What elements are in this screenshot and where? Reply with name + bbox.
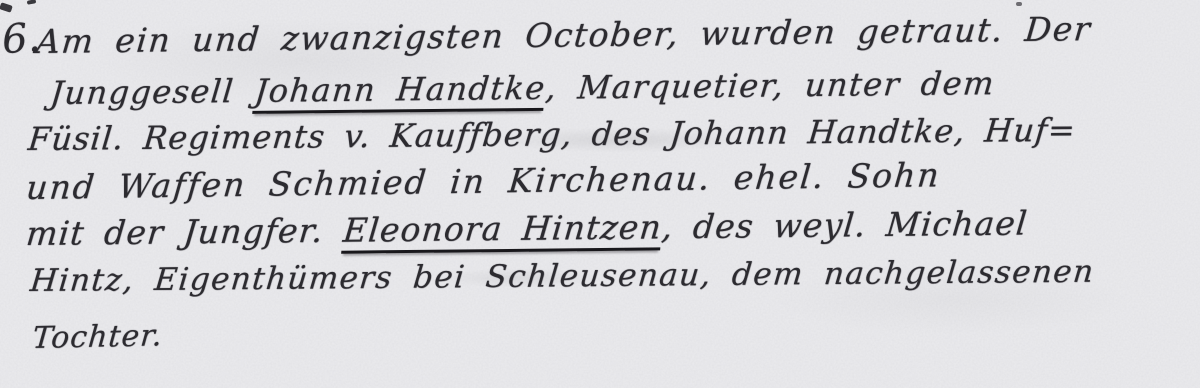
handwriting-line-3: Füsil. Regiments v. Kauffberg, des Johan… — [27, 113, 1078, 157]
ink-speck — [0, 2, 13, 12]
handwriting-line-7: Tochter. — [31, 319, 164, 355]
handwriting-line-1: Am ein und zwanzigsten October, wurden g… — [35, 11, 1093, 60]
line-text: und Waffen Schmied in Kirchenau. ehel. S… — [25, 155, 943, 207]
handwriting-line-6: Hintz, Eigenthümers bei Schleusenau, dem… — [29, 255, 1096, 298]
line-text: Am ein und zwanzigsten October, wurden g… — [35, 9, 1093, 61]
handwriting-line-2: Junggesell Johann Handtke, Marquetier, u… — [49, 66, 997, 111]
ink-speck — [27, 0, 37, 5]
line-text: Füsil. Regiments v. Kauffberg, des Johan… — [27, 111, 1078, 158]
document-scan: 6. Am ein und zwanzigsten October, wurde… — [0, 0, 1200, 388]
line-text: , Marquetier, unter dem — [544, 64, 997, 107]
line-text: mit der Jungfer. — [24, 211, 345, 253]
handwriting-line-4: und Waffen Schmied in Kirchenau. ehel. S… — [25, 157, 943, 206]
underlined-name-groom: Johann Handtke — [253, 69, 548, 114]
handwriting-line-5: mit der Jungfer. Eleonora Hintzen, des w… — [25, 206, 1030, 253]
line-text: Hintz, Eigenthümers bei Schleusenau, dem… — [29, 254, 1097, 299]
ink-speck — [1016, 2, 1022, 6]
line-text: Tochter. — [31, 318, 164, 356]
underlined-name-bride: Eleonora Hintzen — [341, 207, 664, 253]
line-text: , des weyl. Michael — [660, 204, 1029, 247]
line-text: Junggesell — [49, 72, 257, 112]
